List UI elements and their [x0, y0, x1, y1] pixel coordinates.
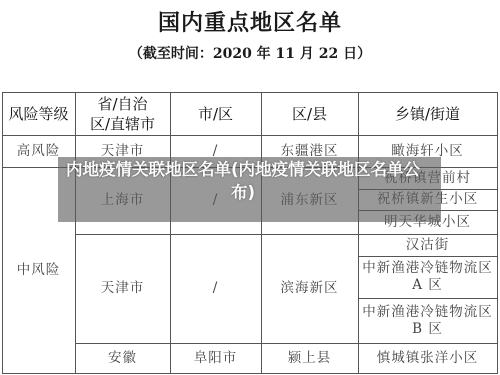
- header-city: 市/区: [170, 92, 261, 135]
- cell-city: 阜阳市: [170, 343, 261, 373]
- cell-town: 慎城镇张洋小区: [358, 343, 497, 373]
- header-town: 乡镇/街道: [358, 92, 497, 135]
- header-county: 区/县: [261, 92, 358, 135]
- table-border: [75, 234, 498, 235]
- table-border: [170, 92, 171, 374]
- cell-province: 安徽: [75, 343, 170, 373]
- cell-town: 汉沽街: [358, 234, 497, 256]
- table-border: [497, 92, 498, 374]
- table-border: [358, 92, 359, 374]
- cell-province: 天津市: [75, 234, 170, 343]
- table-border: [75, 343, 498, 344]
- header-risk-level: 风险等级: [2, 92, 75, 135]
- cell-town: 中新渔港冷链物流区 B 区: [358, 298, 497, 343]
- cell-city: /: [170, 234, 261, 343]
- cell-town: 中新渔港冷链物流区 A 区: [358, 256, 497, 298]
- table-border: [358, 298, 498, 299]
- table-border: [261, 92, 262, 374]
- table-border: [75, 92, 76, 374]
- cell-county: 滨海新区: [261, 234, 358, 343]
- caption-text: 内地疫情关联地区名单(内地疫情关联地区名单公布): [58, 158, 428, 204]
- table-border: [2, 92, 3, 374]
- table-border: [2, 92, 498, 93]
- table-border: [2, 373, 498, 374]
- table-border: [358, 256, 498, 257]
- header-province: 省/自治区/直辖市: [75, 92, 170, 135]
- cell-county: 颍上县: [261, 343, 358, 373]
- table-border: [2, 135, 498, 136]
